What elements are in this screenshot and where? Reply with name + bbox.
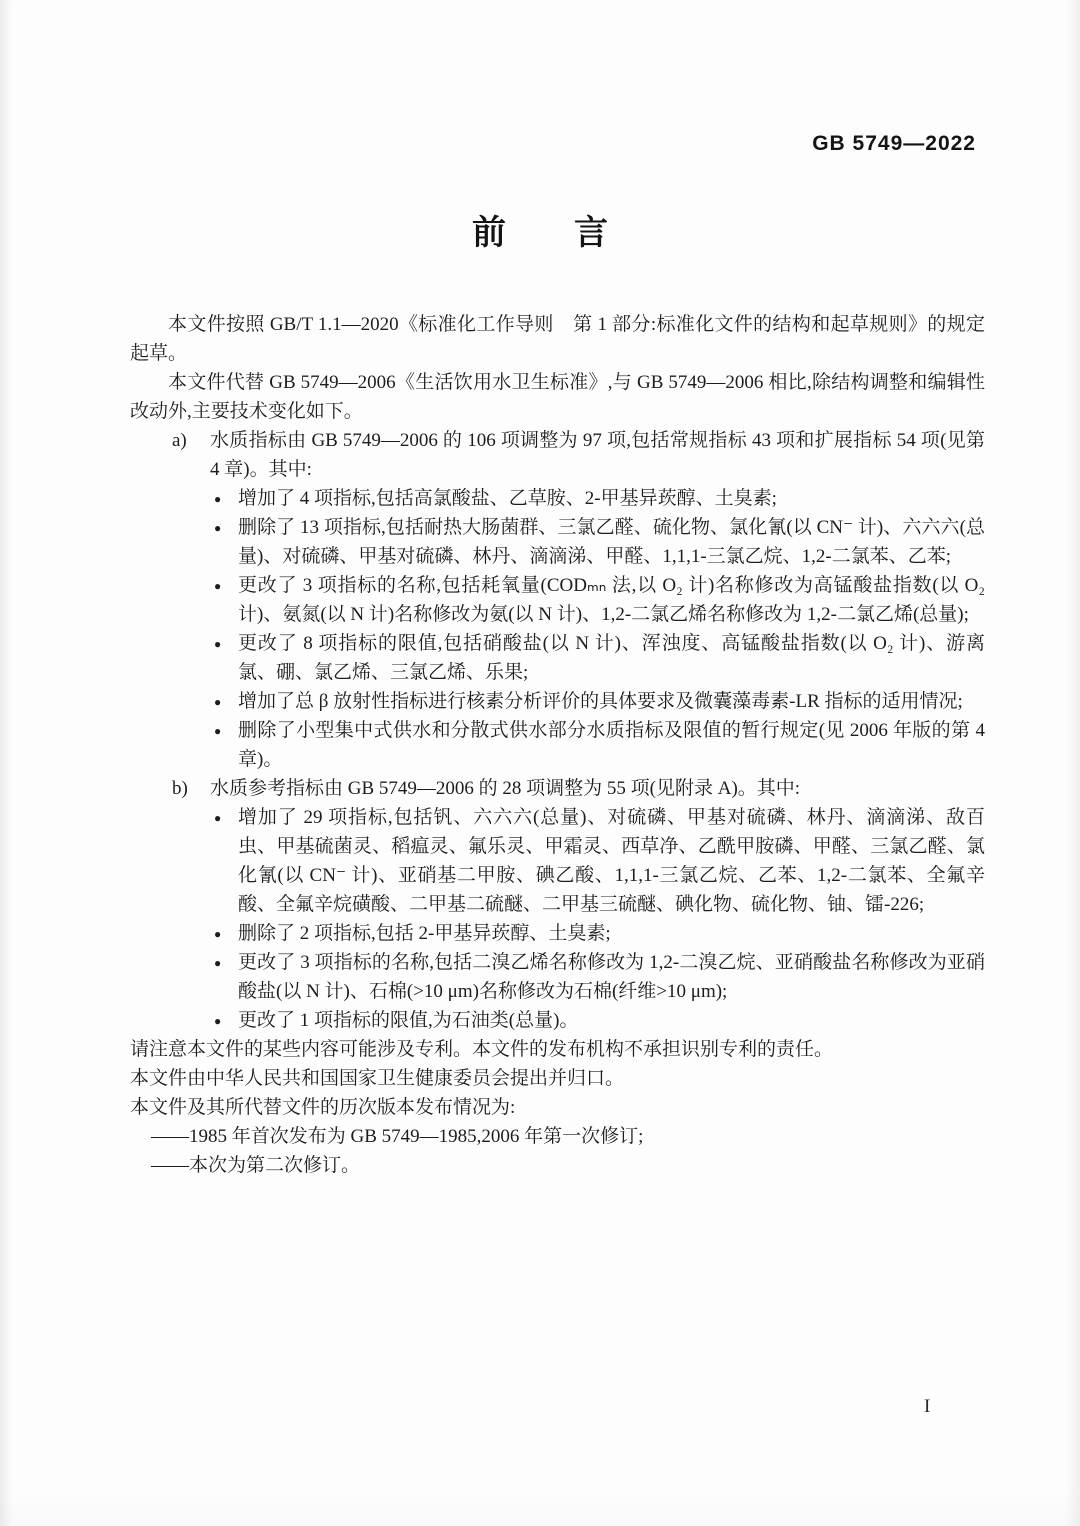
bullet-text: 更改了 1 项指标的限值,为石油类(总量)。 <box>238 1010 578 1031</box>
bullet-icon: ● <box>214 485 221 514</box>
bullet-icon: ● <box>214 572 221 601</box>
bullet-text: 删除了 2 项指标,包括 2-甲基异莰醇、土臭素; <box>238 923 611 944</box>
list-item-a-text: 水质指标由 GB 5749—2006 的 106 项调整为 97 项,包括常规指… <box>210 430 985 480</box>
bullet-icon: ● <box>214 630 221 659</box>
bullet-item: ● 删除了 2 项指标,包括 2-甲基异莰醇、土臭素; <box>130 919 985 948</box>
intro-paragraph-2: 本文件代替 GB 5749—2006《生活饮用水卫生标准》,与 GB 5749—… <box>130 368 985 426</box>
bullet-item: ● 删除了 13 项指标,包括耐热大肠菌群、三氯乙醛、硫化物、氯化氰(以 CN⁻… <box>130 513 985 571</box>
bullet-icon: ● <box>214 920 221 949</box>
page-title: 前 言 <box>0 212 1080 254</box>
bullet-icon: ● <box>214 1007 221 1036</box>
document-body: 本文件按照 GB/T 1.1—2020《标准化工作导则 第 1 部分:标准化文件… <box>130 310 985 1180</box>
bullet-text: 更改了 3 项指标的名称,包括耗氧量(CODₘₙ 法,以 O₂ 计)名称修改为高… <box>238 575 985 625</box>
bullet-item: ● 增加了总 β 放射性指标进行核素分析评价的具体要求及微囊藻毒素-LR 指标的… <box>130 687 985 716</box>
intro-paragraph-1: 本文件按照 GB/T 1.1—2020《标准化工作导则 第 1 部分:标准化文件… <box>130 310 985 368</box>
standard-number: GB 5749—2022 <box>0 132 1080 156</box>
history-entry-1: ——1985 年首次发布为 GB 5749—1985,2006 年第一次修订; <box>130 1122 985 1151</box>
page-number: I <box>924 1396 930 1418</box>
list-item-a-label: a) <box>172 426 187 455</box>
bullet-text: 增加了 4 项指标,包括高氯酸盐、乙草胺、2-甲基异莰醇、土臭素; <box>238 488 777 509</box>
bullet-icon: ● <box>214 717 221 746</box>
bullet-text: 删除了小型集中式供水和分散式供水部分水质指标及限值的暂行规定(见 2006 年版… <box>238 720 985 770</box>
bullet-text: 删除了 13 项指标,包括耐热大肠菌群、三氯乙醛、硫化物、氯化氰(以 CN⁻ 计… <box>238 517 985 567</box>
document-page: GB 5749—2022 前 言 本文件按照 GB/T 1.1—2020《标准化… <box>0 0 1080 1526</box>
history-entry-2: ——本次为第二次修订。 <box>130 1151 985 1180</box>
bullet-text: 增加了 29 项指标,包括钒、六六六(总量)、对硫磷、甲基对硫磷、林丹、滴滴涕、… <box>238 807 985 915</box>
bullet-item: ● 更改了 3 项指标的名称,包括二溴乙烯名称修改为 1,2-二溴乙烷、亚硝酸盐… <box>130 948 985 1006</box>
issuing-body: 本文件由中华人民共和国国家卫生健康委员会提出并归口。 <box>130 1064 985 1093</box>
bullet-item: ● 删除了小型集中式供水和分散式供水部分水质指标及限值的暂行规定(见 2006 … <box>130 716 985 774</box>
bullet-icon: ● <box>214 949 221 978</box>
bullet-text: 更改了 3 项指标的名称,包括二溴乙烯名称修改为 1,2-二溴乙烷、亚硝酸盐名称… <box>238 952 985 1002</box>
bullet-item: ● 更改了 3 项指标的名称,包括耗氧量(CODₘₙ 法,以 O₂ 计)名称修改… <box>130 571 985 629</box>
list-item-a: a) 水质指标由 GB 5749—2006 的 106 项调整为 97 项,包括… <box>130 426 985 484</box>
history-intro: 本文件及其所代替文件的历次版本发布情况为: <box>130 1093 985 1122</box>
bullet-item: ● 更改了 8 项指标的限值,包括硝酸盐(以 N 计)、浑浊度、高锰酸盐指数(以… <box>130 629 985 687</box>
bullet-icon: ● <box>214 688 221 717</box>
bullet-item: ● 增加了 29 项指标,包括钒、六六六(总量)、对硫磷、甲基对硫磷、林丹、滴滴… <box>130 803 985 919</box>
list-item-b-label: b) <box>172 774 188 803</box>
bullet-text: 更改了 8 项指标的限值,包括硝酸盐(以 N 计)、浑浊度、高锰酸盐指数(以 O… <box>238 633 985 683</box>
list-item-b-text: 水质参考指标由 GB 5749—2006 的 28 项调整为 55 项(见附录 … <box>210 778 800 799</box>
patent-notice: 请注意本文件的某些内容可能涉及专利。本文件的发布机构不承担识别专利的责任。 <box>130 1035 985 1064</box>
bullet-item: ● 更改了 1 项指标的限值,为石油类(总量)。 <box>130 1006 985 1035</box>
list-item-b: b) 水质参考指标由 GB 5749—2006 的 28 项调整为 55 项(见… <box>130 774 985 803</box>
bullet-icon: ● <box>214 514 221 543</box>
bullet-icon: ● <box>214 804 221 833</box>
bullet-text: 增加了总 β 放射性指标进行核素分析评价的具体要求及微囊藻毒素-LR 指标的适用… <box>238 691 963 712</box>
bullet-item: ● 增加了 4 项指标,包括高氯酸盐、乙草胺、2-甲基异莰醇、土臭素; <box>130 484 985 513</box>
